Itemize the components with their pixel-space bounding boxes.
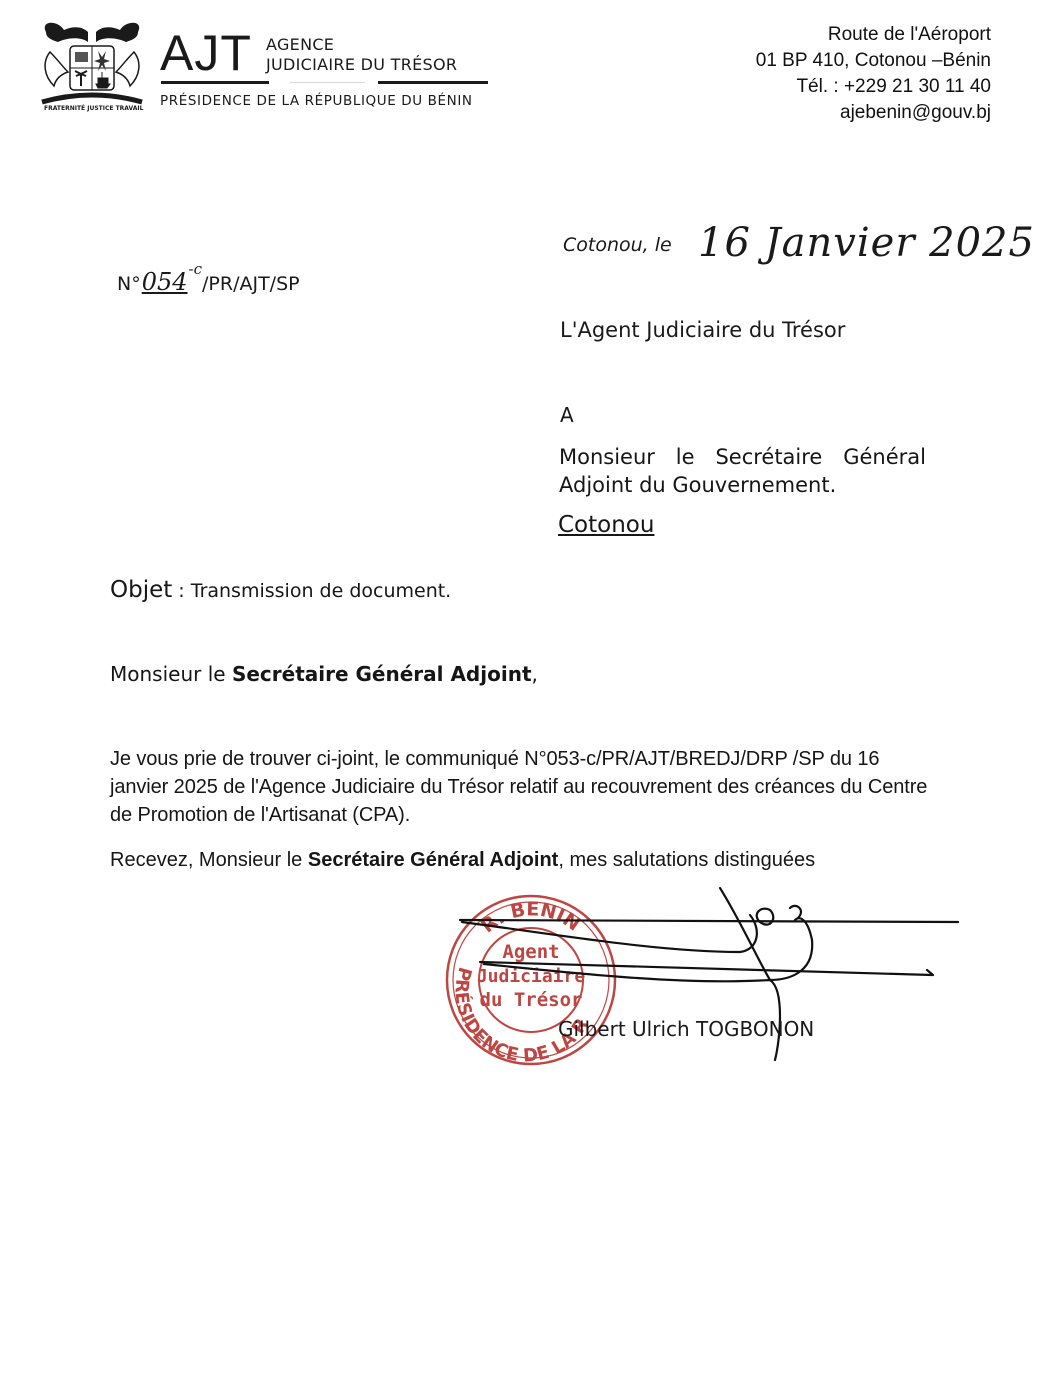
address-phone: Tél. : +229 21 30 11 40 — [756, 74, 991, 100]
header-rule-left — [161, 81, 269, 84]
address-email[interactable]: ajebenin@gouv.bj — [756, 100, 991, 126]
signature-icon — [440, 880, 970, 1070]
closing-prefix: Recevez, Monsieur le — [110, 849, 308, 871]
agency-logo: AJT — [160, 28, 252, 78]
place-label: Cotonou, le — [563, 234, 672, 256]
address-street: Route de l'Aéroport — [756, 22, 991, 48]
salutation-suffix: , — [532, 662, 538, 686]
salutation-prefix: Monsieur le — [110, 662, 232, 686]
agency-name-line2: JUDICIAIRE DU TRÉSOR — [266, 55, 457, 75]
address-postbox: 01 BP 410, Cotonou –Bénin — [756, 48, 991, 74]
object-separator: : — [172, 580, 190, 602]
recipient-word: Général — [843, 443, 926, 471]
salutation-title: Secrétaire Général Adjoint — [232, 662, 532, 686]
recipient-line1: Monsieur le Secrétaire Général — [559, 443, 926, 471]
closing-title: Secrétaire Général Adjoint — [308, 849, 558, 871]
agency-address: Route de l'Aéroport 01 BP 410, Cotonou –… — [756, 22, 991, 126]
closing-formula: Recevez, Monsieur le Secrétaire Général … — [110, 849, 940, 872]
agency-name-line1: AGENCE — [266, 35, 457, 55]
agency-name: AGENCE JUDICIAIRE DU TRÉSOR — [266, 35, 457, 75]
header-rule-middle — [290, 82, 365, 83]
closing-suffix: , mes salutations distinguées — [558, 849, 815, 871]
recipient-city: Cotonou — [558, 512, 654, 538]
coat-of-arms-icon: FRATERNITÉ JUSTICE TRAVAIL — [36, 18, 148, 113]
letter-reference: N°054-c/PR/AJT/SP — [117, 268, 300, 296]
body-paragraph: Je vous prie de trouver ci-joint, le com… — [110, 745, 935, 829]
reference-rest: /PR/AJT/SP — [202, 273, 300, 295]
reference-suffix-handwritten: -c — [189, 260, 202, 278]
recipient-to-label: A — [560, 403, 574, 427]
handwritten-date: 16 Janvier 2025 — [698, 220, 1035, 266]
recipient-line2: Adjoint du Gouvernement. — [559, 471, 926, 499]
recipient-block: Monsieur le Secrétaire Général Adjoint d… — [559, 443, 926, 499]
presidency-label: PRÉSIDENCE DE LA RÉPUBLIQUE DU BÉNIN — [160, 93, 473, 109]
sender-title: L'Agent Judiciaire du Trésor — [560, 318, 845, 342]
reference-number-handwritten: 054 — [142, 268, 188, 296]
salutation: Monsieur le Secrétaire Général Adjoint, — [110, 662, 538, 686]
svg-text:FRATERNITÉ JUSTICE TRAVAIL: FRATERNITÉ JUSTICE TRAVAIL — [44, 104, 144, 112]
object-label: Objet — [110, 577, 172, 603]
recipient-word: Monsieur — [559, 443, 655, 471]
letter-object: Objet : Transmission de document. — [110, 577, 451, 603]
reference-prefix: N° — [117, 273, 141, 295]
recipient-word: Secrétaire — [715, 443, 822, 471]
object-text: Transmission de document. — [191, 580, 451, 602]
recipient-word: le — [676, 443, 695, 471]
header-rule-right — [378, 81, 488, 84]
signer-name: Gilbert Ulrich TOGBONON — [558, 1017, 814, 1041]
